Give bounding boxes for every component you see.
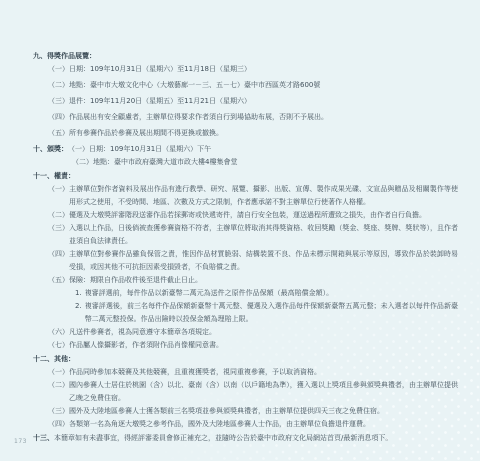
document-page: 九、得獎作品展覽： （一） 日期：109年10月31日（星期六）至11月18日（…	[0, 0, 480, 461]
item-label: （七）	[48, 339, 69, 352]
page-number: 173	[14, 438, 27, 445]
item-label: （四）	[48, 111, 69, 124]
item-text: 國外及大陸地區參賽人士獲各類前三名獎項並參與頒獎典禮者，由主辦單位提供四天三夜之…	[69, 405, 458, 418]
item-text: 日期：109年10月31日（星期六）下午	[89, 143, 458, 156]
item-text: 所有參賽作品於參賽及展出期間不得更換或撤換。	[69, 127, 458, 140]
list-item: （五） 保險：期限自作品收件後至退件截止日止。	[48, 274, 458, 287]
page-content: 九、得獎作品展覽： （一） 日期：109年10月31日（星期六）至11月18日（…	[33, 50, 458, 446]
list-item: （二） 地點：臺中市大墩文化中心（大墩藝廊一－三、五－七）臺中市西區英才路600…	[48, 79, 458, 92]
item-label: （二）	[48, 379, 69, 405]
item-label: （五）	[48, 274, 69, 287]
section-heading: 十、頒獎：	[33, 143, 68, 156]
list-subitem: 1. 複審評選前，每件作品以新臺幣二萬元為送件之原件作品保額（最高賠償金額）。	[75, 287, 458, 300]
list-item: （一） 作品同時參加本競賽及其他競賽，且重複獲獎者，視同重複參賽，予以取消資格。	[48, 366, 458, 379]
section-rights-obligations: 十一、權責： （一） 主辦單位對作者資料及展出作品有進行教學、研究、展覽、攝影、…	[33, 170, 458, 352]
insurance-subitems: 1. 複審評選前，每件作品以新臺幣二萬元為送件之原件作品保額（最高賠償金額）。 …	[48, 287, 458, 326]
list-item: （五） 所有參賽作品於參賽及展出期間不得更換或撤換。	[48, 127, 458, 140]
item-text: 複審評選前，每件作品以新臺幣二萬元為送件之原件作品保額（最高賠償金額）。	[85, 287, 458, 300]
section-heading: 九、得獎作品展覽：	[33, 50, 458, 63]
item-label: （六）	[48, 326, 69, 339]
item-label: （二）	[48, 209, 69, 222]
item-text: 地點：臺中市大墩文化中心（大墩藝廊一－三、五－七）臺中市西區英才路600號	[69, 79, 458, 92]
item-label: 2.	[75, 300, 85, 326]
item-label: （一）	[68, 143, 89, 156]
item-text: 凡送件參賽者，視為同意遵守本簡章各項規定。	[69, 326, 458, 339]
item-label: （三）	[48, 222, 69, 248]
item-label: （五）	[48, 127, 69, 140]
item-text: 本簡章如有未盡事宜，得經評審委員會修正補充之，並隨時公告於臺中市政府文化局網站首…	[54, 432, 458, 445]
item-text: 各類第一名為角逐大墩獎之參考作品，國外及大陸地區參賽人士作品，由主辦單位負擔退件…	[69, 418, 458, 431]
list-item: （一） 日期：109年10月31日（星期六）至11月18日（星期三）	[48, 63, 458, 76]
section-heading: 十二、其他：	[33, 353, 458, 366]
list-item: （二） 國內參賽人士居住於桃園（含）以北、臺南（含）以南（以戶籍地為準），獲入選…	[48, 379, 458, 405]
item-text: 作品展出有安全顧慮者，主辦單位得要求作者須自行到場協助布展，否則不予展出。	[69, 111, 458, 124]
list-item: （三） 國外及大陸地區參賽人士獲各類前三名獎項並參與頒獎典禮者，由主辦單位提供四…	[48, 405, 458, 418]
list-item: （四） 作品展出有安全顧慮者，主辦單位得要求作者須自行到場協助布展，否則不予展出…	[48, 111, 458, 124]
item-label: （三）	[48, 405, 69, 418]
item-text: 保險：期限自作品收件後至退件截止日止。	[69, 274, 458, 287]
item-text: 作品屬人像攝影者，作者須附作品肖像權同意書。	[69, 339, 458, 352]
item-text: 優選及大墩獎評審階段送審作品若採郵寄或快遞寄件，請自行安全包裝，運送過程所遭致之…	[69, 209, 458, 222]
list-item: 十、頒獎： （一） 日期：109年10月31日（星期六）下午	[33, 143, 458, 156]
list-item: （二） 地點：臺中市政府臺灣大道市政大樓4樓集會堂	[33, 156, 458, 169]
list-item: （三） 入選以上作品，日後倘被查獲參賽資格不符者，主辦單位將取消其得獎資格、收回…	[48, 222, 458, 248]
list-item: （三） 退件：109年11月20日（星期五）至11月21日（星期六）	[48, 95, 458, 108]
list-item: （四） 各類第一名為角逐大墩獎之參考作品，國外及大陸地區參賽人士作品，由主辦單位…	[48, 418, 458, 431]
section-miscellaneous: 十二、其他： （一） 作品同時參加本競賽及其他競賽，且重複獲獎者，視同重複參賽，…	[33, 353, 458, 431]
item-text: 退件：109年11月20日（星期五）至11月21日（星期六）	[69, 95, 458, 108]
item-label: （二）	[72, 156, 93, 169]
item-text: 複審評選後，前三名每件作品保額新臺幣十萬元整、優選及入選作品每件保額新臺幣五萬元…	[85, 300, 458, 326]
list-subitem: 2. 複審評選後，前三名每件作品保額新臺幣十萬元整、優選及入選作品每件保額新臺幣…	[75, 300, 458, 326]
item-text: 入選以上作品，日後倘被查獲參賽資格不符者，主辦單位將取消其得獎資格、收回獎勵（獎…	[69, 222, 458, 248]
item-label: （一）	[48, 63, 69, 76]
section-award-ceremony: 十、頒獎： （一） 日期：109年10月31日（星期六）下午 （二） 地點：臺中…	[33, 143, 458, 169]
section-exhibition: 九、得獎作品展覽： （一） 日期：109年10月31日（星期六）至11月18日（…	[33, 50, 458, 140]
section-heading: 十一、權責：	[33, 170, 458, 183]
item-label: （一）	[48, 183, 69, 209]
item-text: 主辦單位對參賽作品雖負保管之責，惟因作品材質脆弱、結構裝置不良、作品未標示開箱與…	[69, 248, 458, 274]
item-label: （三）	[48, 95, 69, 108]
item-label: 1.	[75, 287, 85, 300]
item-text: 作品同時參加本競賽及其他競賽，且重複獲獎者，視同重複參賽，予以取消資格。	[69, 366, 458, 379]
item-label: （二）	[48, 79, 69, 92]
item-text: 主辦單位對作者資料及展出作品有進行教學、研究、展覽、攝影、出版、宣傳、製作成果光…	[69, 183, 458, 209]
item-label: （四）	[48, 248, 69, 274]
list-item: （四） 主辦單位對參賽作品雖負保管之責，惟因作品材質脆弱、結構裝置不良、作品未標…	[48, 248, 458, 274]
list-item: （二） 優選及大墩獎評審階段送審作品若採郵寄或快遞寄件，請自行安全包裝，運送過程…	[48, 209, 458, 222]
item-label: （一）	[48, 366, 69, 379]
list-item: （七） 作品屬人像攝影者，作者須附作品肖像權同意書。	[48, 339, 458, 352]
section-heading: 十三、	[33, 432, 54, 445]
item-text: 地點：臺中市政府臺灣大道市政大樓4樓集會堂	[93, 156, 458, 169]
section-amendments: 十三、 本簡章如有未盡事宜，得經評審委員會修正補充之，並隨時公告於臺中市政府文化…	[33, 432, 458, 445]
list-item: （一） 主辦單位對作者資料及展出作品有進行教學、研究、展覽、攝影、出版、宣傳、製…	[48, 183, 458, 209]
list-item: （六） 凡送件參賽者，視為同意遵守本簡章各項規定。	[48, 326, 458, 339]
item-label: （四）	[48, 418, 69, 431]
item-text: 日期：109年10月31日（星期六）至11月18日（星期三）	[69, 63, 458, 76]
item-text: 國內參賽人士居住於桃園（含）以北、臺南（含）以南（以戶籍地為準），獲入選以上獎項…	[69, 379, 458, 405]
